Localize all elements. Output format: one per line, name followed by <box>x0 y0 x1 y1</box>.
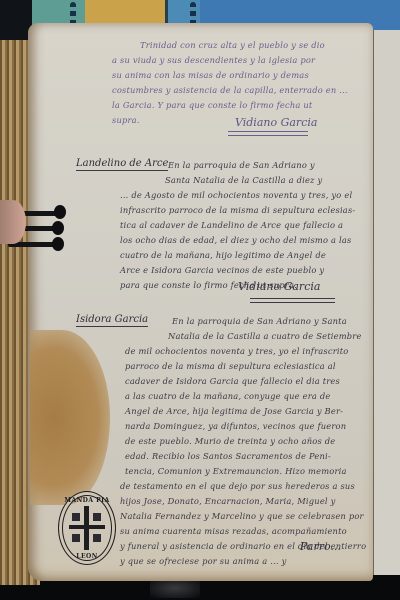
entry-line: a su viuda y sus descendientes y la igle… <box>112 53 315 68</box>
entry-line: ... de Agosto de mil ochocientos noventa… <box>120 188 352 203</box>
entry-line: hijos Jose, Donato, Encarnacion, Maria, … <box>120 494 336 509</box>
screw-head-icon <box>52 237 64 251</box>
hand-finger <box>0 200 26 244</box>
signature: Vidiano Garcia <box>238 280 320 293</box>
screw-head-icon <box>52 221 64 235</box>
background-reflection <box>150 578 200 598</box>
entry-line: Arce e Isidora Garcia vecinos de este pu… <box>120 263 324 278</box>
margin-name: Landelino de Arce <box>76 158 168 171</box>
entry-line: su anima cuarenta misas rezadas, acompañ… <box>120 524 347 539</box>
cross-quarter-icon <box>93 534 101 542</box>
entry-line: Natalia de la Castilla a cuatro de Setie… <box>168 329 362 344</box>
cross-quarter-icon <box>72 534 80 542</box>
entry-line: su anima con las misas de ordinario y de… <box>112 68 309 83</box>
entry-line: Angel de Arce, hija legitima de Jose Gar… <box>125 404 343 419</box>
stamp-bottom-text: LEON <box>59 553 115 560</box>
entry-line: parroco de la misma di sepultura eclesia… <box>125 359 336 374</box>
entry-line: narda Dominguez, ya difuntos, vecinos qu… <box>125 419 346 434</box>
entry-line: tencia, Comunion y Extremauncion. Hizo m… <box>125 464 347 479</box>
signature: Vidiano Garcia <box>235 116 317 129</box>
entry-line: Natalia Fernandez y Marcelino y que se c… <box>120 509 364 524</box>
entry-line: de mil ochocientos noventa y tres, yo el… <box>125 344 348 359</box>
entry-line: En la parroquia de San Adriano y Santa <box>172 314 347 329</box>
entry-line: costumbres y asistencia de la capilla, e… <box>112 83 348 98</box>
stamp-top-text: MANDA PIA <box>59 497 115 504</box>
entry-line: de este pueblo. Murio de treinta y ocho … <box>125 434 335 449</box>
cross-icon <box>69 525 105 529</box>
entry-line: tica al cadaver de Landelino de Arce que… <box>120 218 343 233</box>
trailing-word: Parro... <box>300 540 341 553</box>
margin-name: Isidora Garcia <box>76 314 148 327</box>
entry-line: Santa Natalia de la Castilla a diez y <box>165 173 322 188</box>
entry-line: los ocho dias de edad, el diez y ocho de… <box>120 233 351 248</box>
signature-flourish <box>250 298 335 303</box>
facing-page <box>372 30 400 575</box>
manda-pia-stamp: MANDA PIA LEON <box>58 491 116 565</box>
entry-line: En la parroquia de San Adriano y <box>168 158 315 173</box>
entry-line: supra. <box>112 113 140 128</box>
signature-flourish <box>228 131 308 136</box>
entry-line: cadaver de Isidora Garcia que fallecio e… <box>125 374 340 389</box>
cross-quarter-icon <box>93 513 101 521</box>
entry-line: Trinidad con cruz alta y el pueblo y se … <box>140 38 325 53</box>
entry-line: a las cuatro de la mañana, conyuge que e… <box>125 389 330 404</box>
entry-line: de testamento en el que dejo por sus her… <box>120 479 355 494</box>
entry-line: cuatro de la mañana, hijo legitimo de An… <box>120 248 326 263</box>
screw-head-icon <box>54 205 66 219</box>
entry-line: infrascrito parroco de la misma di sepul… <box>120 203 355 218</box>
cross-quarter-icon <box>72 513 80 521</box>
entry-line: edad. Recibio los Santos Sacramentos de … <box>125 449 331 464</box>
entry-line: la Garcia. Y para que conste lo firmo fe… <box>112 98 312 113</box>
